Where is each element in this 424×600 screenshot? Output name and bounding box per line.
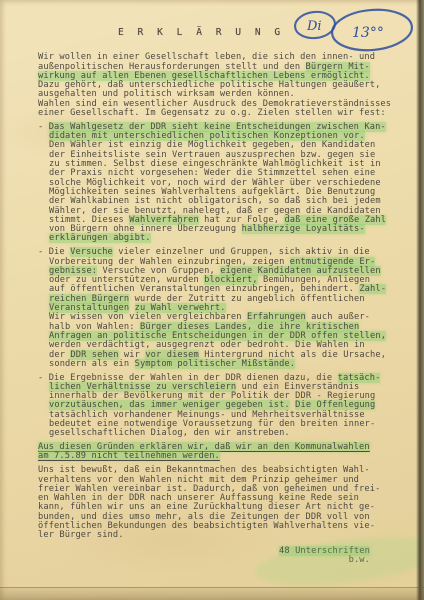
text-line: gesellschaftlichen Dialog, den wir anstr… <box>38 429 398 438</box>
text-line: am 7.5.89 nicht teilnehmen werden. <box>38 452 398 461</box>
document: E R K L Ä R U N G Wir wollen in einer Ge… <box>38 28 398 570</box>
text-line: sondern als ein Symptom politischer Mißs… <box>38 360 398 369</box>
text-line: erklärungen abgibt. <box>38 234 398 243</box>
declaration-statement: Aus diesen Gründen erklären wir, daß wir… <box>38 443 398 462</box>
text-line: einer Gesellschaft. Im Gegensatz zu o.g.… <box>38 109 398 118</box>
document-body: Wir wollen in einer Gesellschaft leben, … <box>38 53 398 540</box>
signature-count: 48 Unterschriften <box>38 547 370 556</box>
turn-over-note: b.w. <box>38 556 370 565</box>
opening-paragraph: Wir wollen in einer Gesellschaft leben, … <box>38 53 398 118</box>
text-line: ler Bürger sind. <box>38 531 398 540</box>
scanned-declaration-page: Di 13°° E R K L Ä R U N G Wir wollen in … <box>0 0 424 600</box>
bullet-versuche: - Die Versuche vieler einzelner und Grup… <box>38 248 398 369</box>
signature-block: 48 Unterschriften b.w. <box>38 547 370 566</box>
closing-paragraph: Uns ist bewußt, daß ein Bekanntmachen de… <box>38 466 398 540</box>
page-bottom-edge <box>0 587 424 600</box>
bullet-ergebnisse: - Die Ergebnisse der Wahlen in der DDR d… <box>38 374 398 439</box>
document-title: E R K L Ä R U N G <box>118 28 398 37</box>
bullet-wahlgesetz: - Das Wahlgesetz der DDR sieht keine Ent… <box>38 123 398 244</box>
page-right-edge <box>416 0 424 600</box>
